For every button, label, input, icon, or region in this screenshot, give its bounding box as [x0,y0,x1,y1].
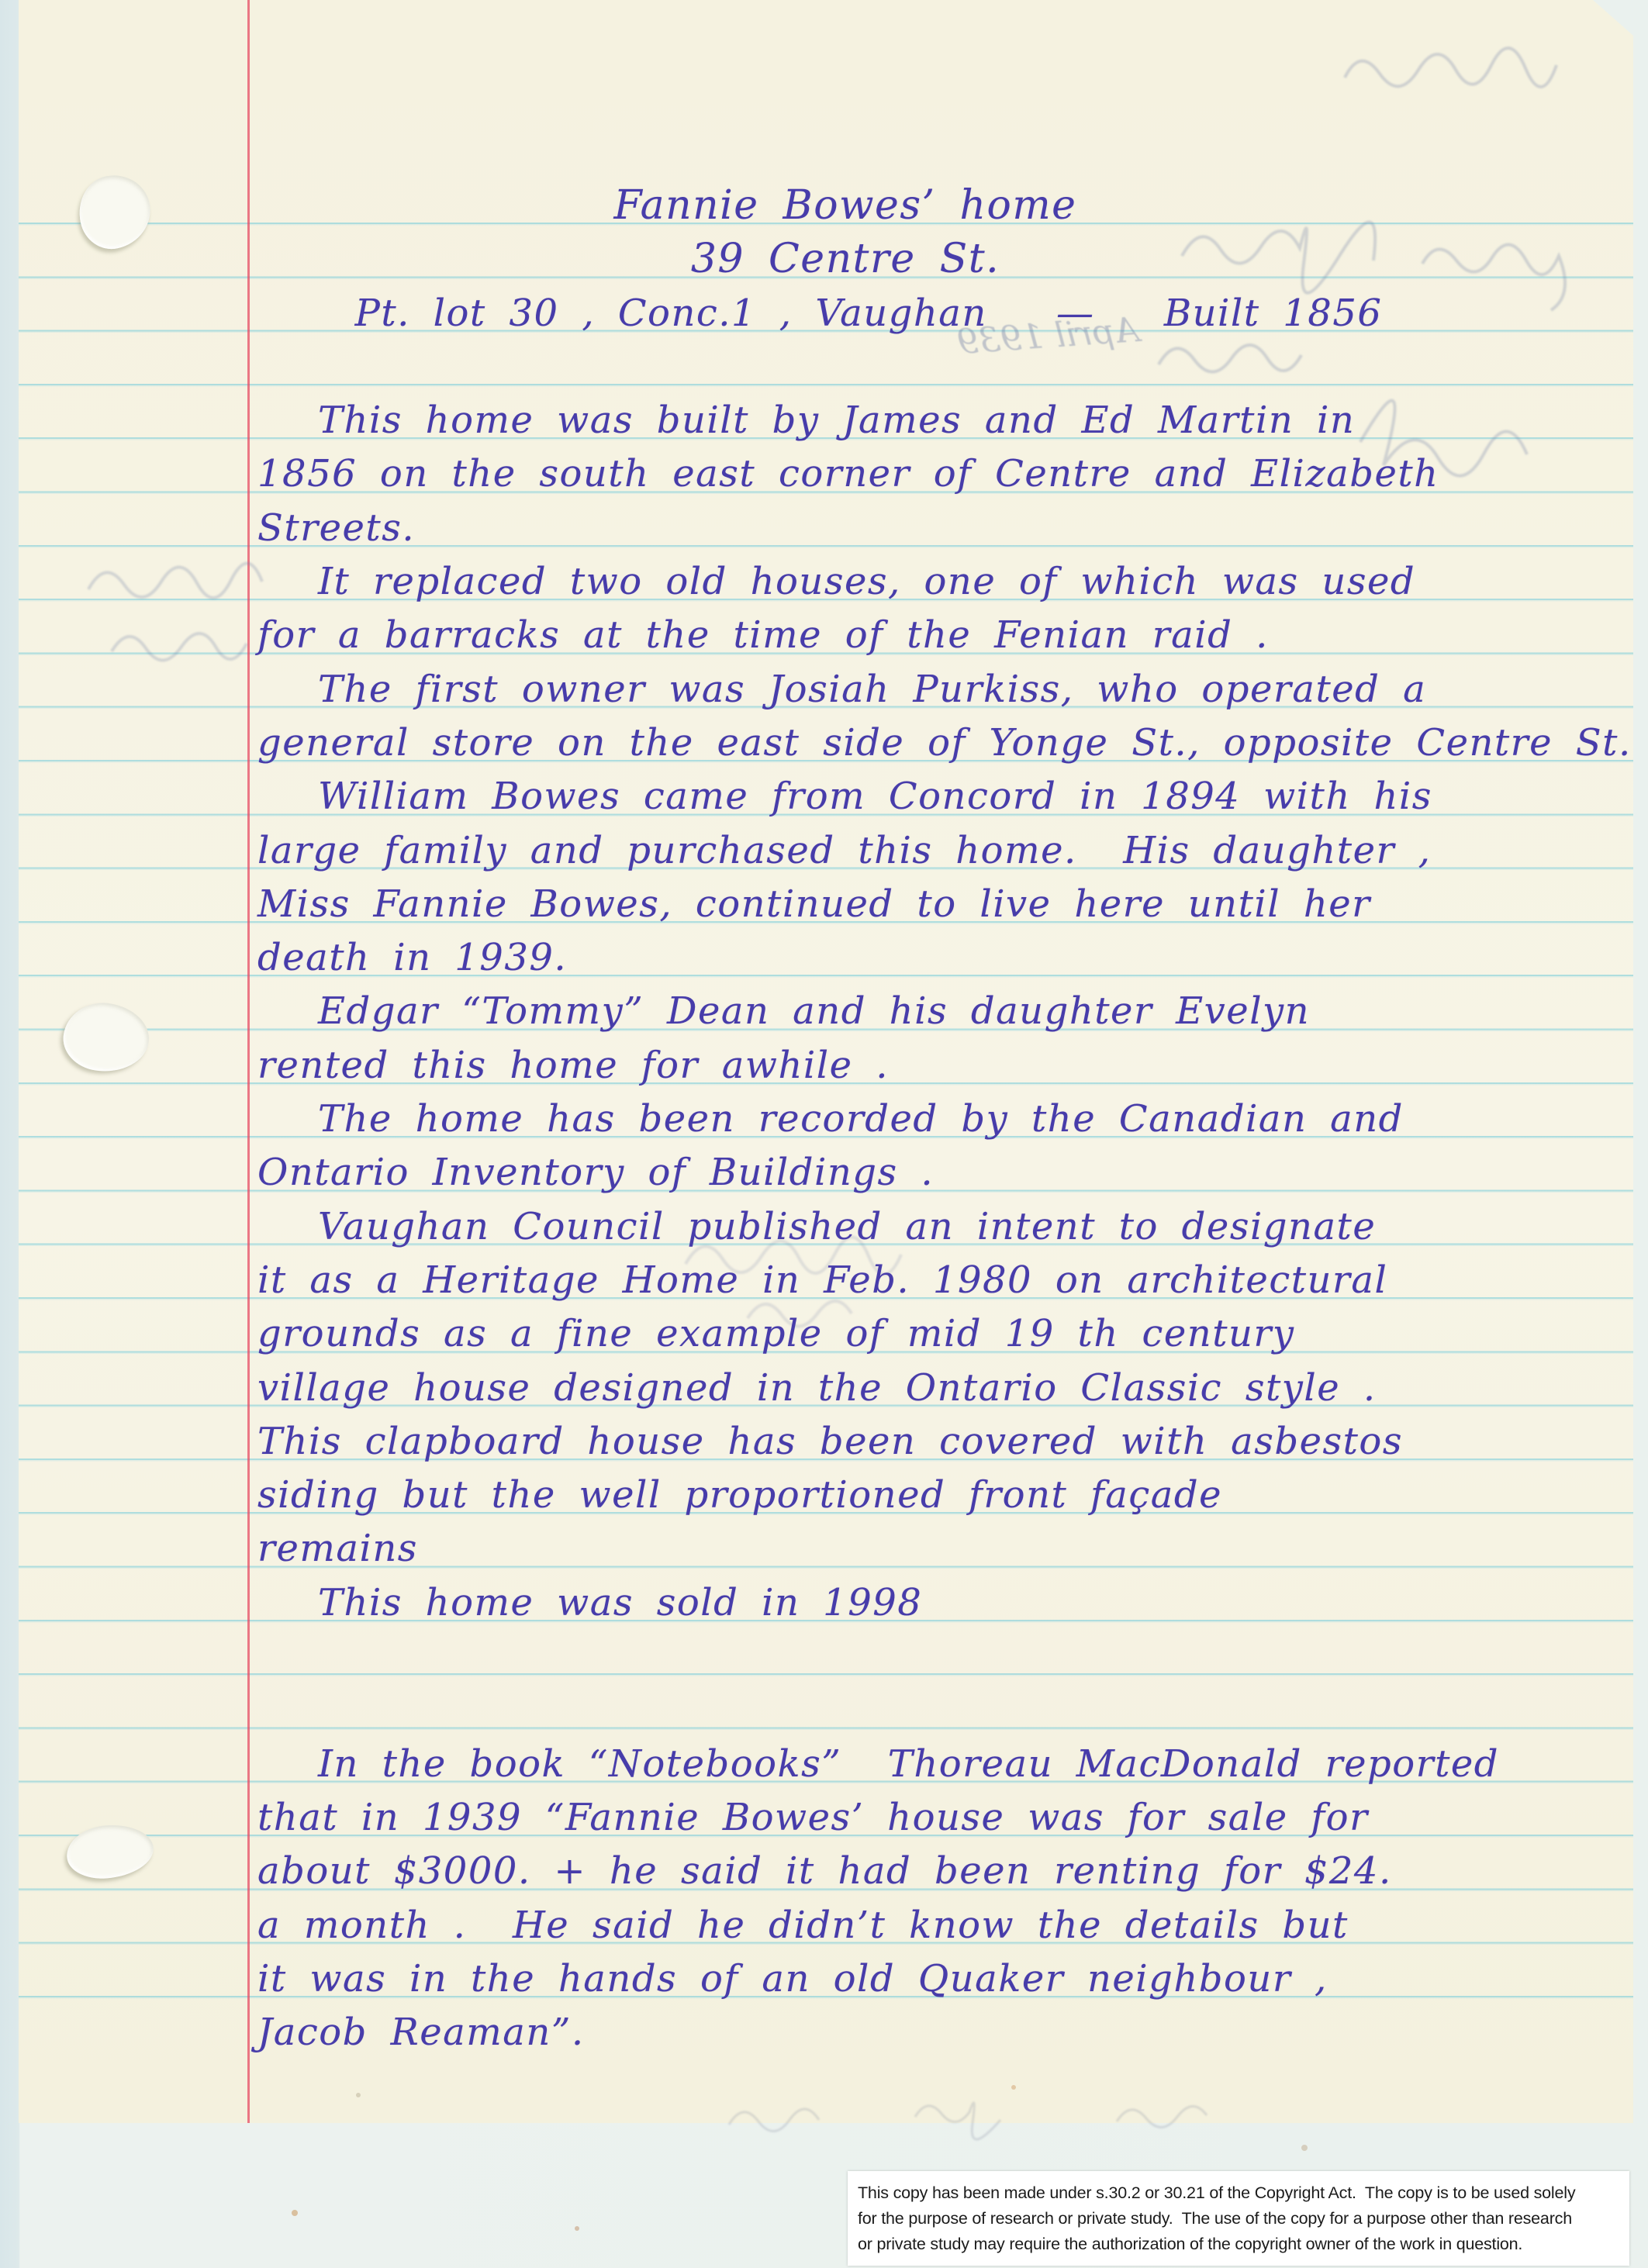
handwritten-line: Miss Fannie Bowes, continued to live her… [257,878,1627,931]
dust-specks [0,0,3,3]
handwritten-line [257,1630,1627,1683]
handwritten-text: Fannie Bowes’ home39 Centre St.Pt. lot 3… [257,179,1627,2059]
handwritten-line: Pt. lot 30 , Conc.1 , Vaughan — Built 18… [257,287,1627,340]
hole-reinforcement-blob [65,1822,155,1881]
handwritten-line: general store on the east side of Yonge … [257,716,1627,770]
handwritten-line: remains [257,1522,1627,1576]
handwritten-line: Edgar “Tommy” Dean and his daughter Evel… [257,985,1627,1038]
handwritten-line: large family and purchased this home. Hi… [257,824,1627,878]
copyright-stamp-line: This copy has been made under s.30.2 or … [858,2180,1623,2206]
copyright-stamp-line: or private study may require the authori… [858,2232,1623,2257]
hole-reinforcement-blob [59,998,153,1077]
handwritten-line: Ontario Inventory of Buildings . [257,1146,1627,1200]
handwritten-line: Vaughan Council published an intent to d… [257,1200,1627,1254]
handwritten-line: it was in the hands of an old Quaker nei… [257,1952,1627,2006]
handwritten-line: Jacob Reaman”. [257,2006,1627,2059]
handwritten-line: village house designed in the Ontario Cl… [257,1362,1627,1415]
handwritten-line: rented this home for awhile . [257,1039,1627,1093]
handwritten-line: This clapboard house has been covered wi… [257,1415,1627,1469]
handwritten-line: for a barracks at the time of the Fenian… [257,609,1627,662]
handwritten-line: This home was built by James and Ed Mart… [257,394,1627,447]
handwritten-line: grounds as a fine example of mid 19 th c… [257,1307,1627,1361]
handwritten-line: 39 Centre St. [257,233,1627,286]
copyright-stamp-line: for the purpose of research or private s… [858,2206,1623,2232]
handwritten-line [257,340,1627,394]
handwritten-line: Streets. [257,502,1627,555]
handwritten-line: 1856 on the south east corner of Centre … [257,447,1627,501]
hole-reinforcement-blob [72,168,157,254]
handwritten-line [257,1683,1627,1737]
handwritten-line: The home has been recorded by the Canadi… [257,1093,1627,1146]
handwritten-line: siding but the well proportioned front f… [257,1469,1627,1522]
handwritten-line: about $3000. + he said it had been renti… [257,1845,1627,1898]
handwritten-line: a month . He said he didn’t know the det… [257,1899,1627,1952]
handwritten-line: It replaced two old houses, one of which… [257,555,1627,609]
notebook-page: April 1939 Fannie Bowes’ home39 Centre S… [19,0,1633,2123]
handwritten-line: that in 1939 “Fannie Bowes’ house was fo… [257,1791,1627,1845]
handwritten-line: death in 1939. [257,931,1627,985]
handwritten-line: The first owner was Josiah Purkiss, who … [257,663,1627,716]
handwritten-line: This home was sold in 1998 [257,1576,1627,1630]
handwritten-line: In the book “Notebooks” Thoreau MacDonal… [257,1738,1627,1791]
handwritten-line: it as a Heritage Home in Feb. 1980 on ar… [257,1254,1627,1307]
handwritten-line: Fannie Bowes’ home [257,179,1627,233]
handwritten-line: William Bowes came from Concord in 1894 … [257,770,1627,823]
copyright-stamp: This copy has been made under s.30.2 or … [848,2171,1629,2266]
margin-line [247,0,250,2123]
